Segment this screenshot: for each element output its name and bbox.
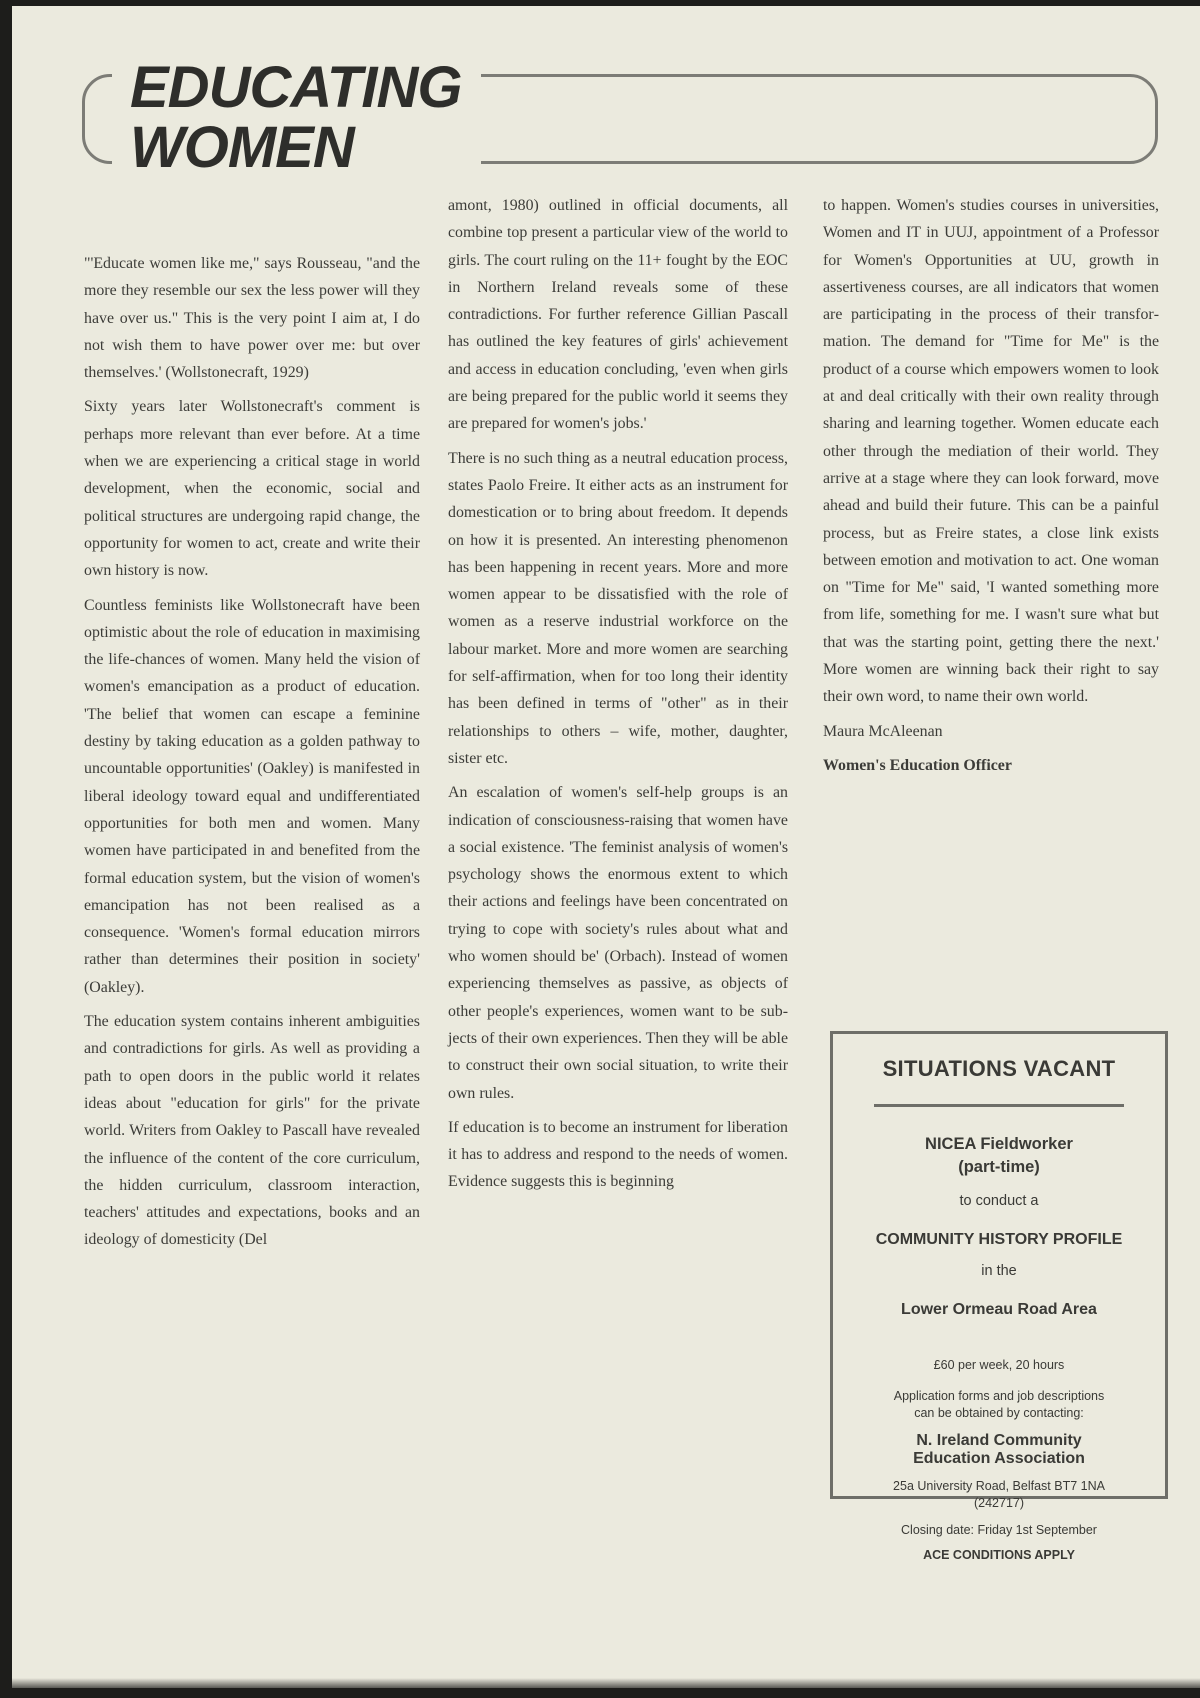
job-closing-date: Closing date: Friday 1st September [833,1522,1165,1539]
article-title: EDUCATING WOMEN [112,58,481,178]
paragraph: to happen. Women's studies courses in un… [823,192,1159,711]
job-divider [874,1104,1124,1107]
job-area: Lower Ormeau Road Area [833,1301,1165,1319]
newsletter-page: EDUCATING WOMEN "'Educate women like me,… [12,6,1200,1688]
article-column-2: amont, 1980) outlined in official docume… [448,192,788,1203]
author-name: Maura McAleenan [823,718,1159,745]
title-line-1: EDUCATING [130,58,461,118]
paragraph: An escalation of women's self-help group… [448,779,788,1107]
situations-vacant-box: SITUATIONS VACANT NICEA Fieldworker (par… [830,1031,1168,1499]
job-apply-line-2: can be obtained by contacting: [833,1405,1165,1422]
paragraph: amont, 1980) outlined in official docume… [448,192,788,438]
author-title: Women's Education Officer [823,752,1159,779]
job-apply-line-1: Application forms and job descriptions [833,1388,1165,1405]
job-address: 25a University Road, Belfast BT7 1NA [833,1478,1165,1495]
title-line-2: WOMEN [130,118,461,178]
job-in-the: in the [833,1263,1165,1279]
job-pay: £60 per week, 20 hours [833,1357,1165,1374]
paragraph: "'Educate women like me," says Rousseau,… [84,250,420,386]
job-org-line-2: Education Association [833,1450,1165,1468]
job-role: NICEA Fieldworker [833,1133,1165,1156]
job-to-conduct: to conduct a [833,1193,1165,1209]
paragraph: If education is to become an instru­ment… [448,1114,788,1196]
job-project: COMMUNITY HISTORY PROFILE [833,1231,1165,1249]
paragraph: Sixty years later Wollstonecraft's comme… [84,393,420,584]
article-column-3: to happen. Women's studies courses in un… [823,192,1159,786]
paragraph: Countless feminists like Woll­stonecraft… [84,592,420,1001]
job-heading: SITUATIONS VACANT [833,1056,1165,1082]
job-org-line-1: N. Ireland Community [833,1432,1165,1450]
article-column-1: "'Educate women like me," says Rousseau,… [84,250,420,1261]
job-conditions: ACE CONDITIONS APPLY [833,1547,1165,1564]
paragraph: The education system contains inher­ent … [84,1008,420,1254]
paragraph: There is no such thing as a neutral educ… [448,445,788,773]
job-role-type: (part-time) [833,1156,1165,1179]
job-phone: (242717) [833,1495,1165,1512]
